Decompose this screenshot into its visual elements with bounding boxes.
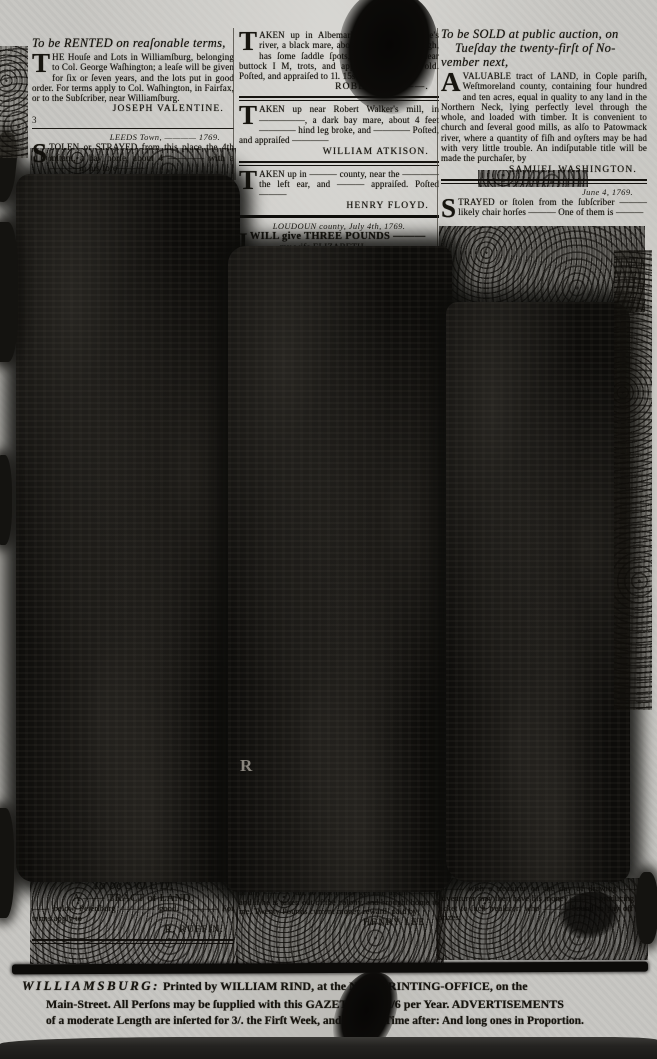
loudoun-ad-opening: IWILL give THREE POUNDS ——— — [239, 231, 439, 243]
stolen-ad-body-text: TOLEN or STRAYED from this place the 4th… — [49, 142, 234, 173]
section-rule — [441, 179, 647, 184]
taken-ad-2-body: TAKEN up near Robert Walker's mill, in —… — [239, 104, 439, 145]
rented-ad-signature: JOSEPH VALENTINE. — [32, 103, 234, 115]
stolen-ad-body: STOLEN or STRAYED from this place the 4t… — [32, 142, 234, 173]
taken-ad-2-body-text: AKEN up near Robert Walker's mill, in ——… — [239, 104, 439, 145]
auction-body-text: VALUABLE tract of LAND, in Cople pariſh,… — [441, 71, 647, 163]
taken-ad-2-drop-cap: T — [239, 104, 259, 126]
stolen-ad-dateline: LEEDS Town, ———— 1769. — [32, 132, 234, 142]
auction-body: AVALUABLE tract of LAND, in Cople pariſh… — [441, 71, 647, 164]
page-edge-damage — [0, 455, 12, 545]
left-column-top: To be RENTED on reaſonable terms, THE Ho… — [32, 36, 234, 173]
ink-damage-mass — [16, 174, 240, 882]
imprint-rule-bar — [12, 962, 648, 975]
reward-ad-signature: HENRY LEE. — [239, 917, 439, 929]
fragment-drop-cap: R — [240, 756, 252, 776]
rented-ad-body-text: HE Houſe and Lots in Williamſburg, belon… — [32, 52, 234, 103]
auction-signature: SAMUEL WASHINGTON. — [441, 164, 647, 176]
left-column-bottom: To be S O L D, A —— TRACT of LAND, —— be… — [32, 878, 234, 947]
scan-edge-band — [0, 1037, 657, 1059]
page-edge-damage — [0, 808, 14, 918]
page-edge-damage — [636, 872, 657, 944]
section-rule — [32, 939, 234, 944]
taken-ad-2-signature: WILLIAM ATKISON. — [239, 146, 439, 158]
sold-ad-signature: R. RUFFIN. — [32, 924, 234, 936]
taken-ad-3-body: TAKEN up in ——— county, near the ———— th… — [239, 169, 439, 200]
rented-ad-drop-cap: T — [32, 52, 52, 74]
auction-drop-cap: A — [441, 71, 463, 93]
taken-ad-3-body-text: AKEN up in ——— county, near the ———— the… — [259, 169, 439, 200]
loudoun-ad-opening-text: WILL give THREE POUNDS ——— — [250, 231, 426, 242]
section-rule — [239, 161, 439, 166]
strayed-ad-body-text: TRAYED or ſtolen from the ſubſcriber ———… — [458, 197, 647, 217]
taken-ad-3-drop-cap: T — [239, 169, 259, 191]
section-rule — [239, 215, 439, 218]
imprint-city: WILLIAMSBURG: — [22, 978, 160, 993]
newspaper-page-scan: To be RENTED on reaſonable terms, THE Ho… — [0, 0, 657, 1059]
strayed-ad-drop-cap: S — [441, 197, 458, 219]
loudoun-ad-dateline: LOUDOUN county, July 4th, 1769. — [239, 221, 439, 231]
grime-patch — [439, 226, 645, 312]
strayed-ad-body: STRAYED or ſtolen from the ſubſcriber ——… — [441, 197, 647, 218]
rented-ad-body: THE Houſe and Lots in Williamſburg, belo… — [32, 52, 234, 103]
sold-ad-body: —— below Peterſburg ———— good. ———— For … — [32, 904, 234, 924]
imprint-line-1: WILLIAMSBURG: Printed by WILLIAM RIND, a… — [22, 979, 528, 993]
stolen-ad-drop-cap: S — [32, 142, 49, 164]
page-edge-damage — [0, 222, 18, 362]
printer-imprint: WILLIAMSBURG: Printed by WILLIAM RIND, a… — [22, 977, 642, 1031]
rented-ad-heading: To be RENTED on reaſonable terms, — [32, 36, 234, 50]
right-column-top: To be SOLD at public auction, on Tueſday… — [441, 27, 647, 219]
ink-damage-mass — [446, 302, 630, 882]
auction-heading-3: vember next, — [441, 55, 647, 69]
taken-ad-3-signature: HENRY FLOYD. — [239, 200, 439, 212]
auction-heading-2: Tueſday the twenty-firſt of No- — [441, 41, 647, 55]
column-mark: 3 — [32, 115, 234, 125]
strayed-ad-dateline: June 4, 1769. — [441, 187, 647, 197]
ink-damage-mass — [228, 246, 452, 892]
taken-ad-1-drop-cap: T — [239, 30, 259, 52]
auction-heading-1: To be SOLD at public auction, on — [441, 27, 647, 41]
imprint-line-2: Main-Street. All Perſons may be ſupplied… — [22, 996, 642, 1014]
section-rule — [32, 128, 234, 129]
